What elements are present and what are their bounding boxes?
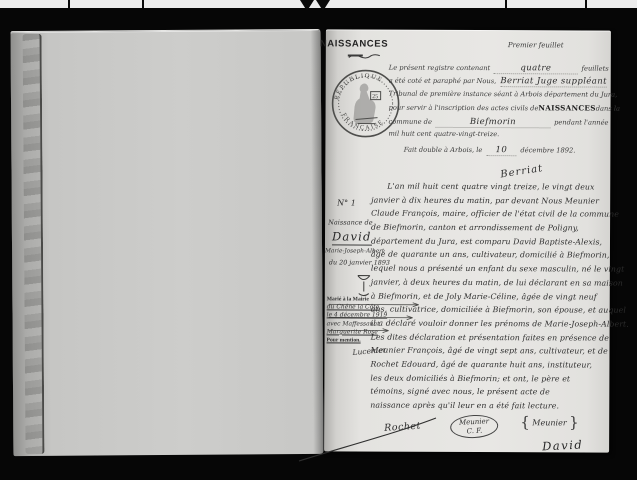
- act-line: les deux domiciliés à Biefmorin; et ont,…: [370, 371, 604, 386]
- text-segment: NAISSANCES: [538, 103, 595, 112]
- act-line: Les dites déclaration et présentation fa…: [371, 330, 605, 345]
- text-segment: Tribunal de première instance séant à Ar…: [389, 89, 618, 98]
- ruler-divider: [585, 0, 587, 8]
- gutter-shadow: [311, 30, 324, 454]
- text-segment: 10: [486, 145, 516, 156]
- binding-tape: [23, 34, 45, 454]
- act-line: Meunier François, âgé de vingt sept ans,…: [370, 344, 604, 359]
- signature-mayor-name: Meunier: [459, 417, 489, 427]
- signature-mayor-meunier: Meunier C. F.: [450, 414, 499, 439]
- act-line: janvier, à deux heures du matin, de lui …: [371, 275, 605, 290]
- act-line: ans, cultivatrice, domiciliée à Biefmori…: [371, 303, 605, 318]
- paraph-brace: {: [520, 413, 530, 431]
- text-segment: a été coté et paraphé par Nous,: [389, 77, 497, 85]
- margin-surname: David: [332, 229, 372, 245]
- ruler-divider: [68, 0, 70, 8]
- text-segment: pour servir à l'inscription des actes ci…: [389, 104, 539, 113]
- signature-mayor-initials: C. F.: [459, 426, 489, 436]
- preamble-line: Tribunal de première instance séant à Ar…: [389, 89, 609, 103]
- page-title: NAISSANCES: [320, 38, 388, 49]
- microfilm-scan: NAISSANCES Premier feuillet RÉPUBLIQUE F…: [0, 0, 637, 480]
- preamble-line: pour servir à l'inscription des actes ci…: [389, 103, 609, 117]
- signature-father-david: David: [542, 437, 584, 453]
- act-line: il a déclaré vouloir donner les prénoms …: [371, 316, 605, 331]
- stamp-denomination: 25: [372, 94, 378, 100]
- act-line: janvier à dix heures du matin, par devan…: [371, 193, 605, 208]
- text-segment: commune de: [389, 117, 432, 125]
- act-line: naissance après qu'il leur en a été fait…: [370, 399, 604, 414]
- ruler-divider: [142, 0, 144, 8]
- preamble-block: Le présent registre contenantquatrefeuil…: [388, 63, 608, 160]
- preamble-line: Fait double à Arbois, le10décembre 1892.: [404, 145, 576, 159]
- act-line: à Biefmorin, et de Joly Marie-Céline, âg…: [371, 289, 605, 304]
- act-line: âgé de quarante un ans, cultivateur, dom…: [371, 248, 605, 263]
- act-line: Claude François, maire, officier de l'ét…: [371, 207, 605, 222]
- judge-signature: Berriat: [500, 163, 544, 180]
- text-segment: Fait double à Arbois, le: [404, 146, 483, 154]
- preamble-line: Le présent registre contenantquatrefeuil…: [389, 63, 609, 77]
- text-segment: mil huit cent quatre-vingt-treize.: [388, 130, 499, 138]
- text-segment: Biefmorin: [436, 116, 550, 127]
- frame-marker-triangle-icon: [316, 0, 330, 11]
- act-body: L'an mil huit cent quatre vingt treize, …: [370, 180, 605, 414]
- ruler-divider: [505, 0, 507, 8]
- folio-label: Premier feuillet: [508, 41, 564, 49]
- preamble-line: commune deBiefmorinpendant l'année: [388, 116, 608, 130]
- signature-witness-rochet: Rochet: [384, 421, 421, 434]
- act-line: de Biefmorin, canton et arrondissement d…: [371, 221, 605, 236]
- signature-witness-meunier: { Meunier }: [520, 413, 579, 431]
- act-line: L'an mil huit cent quatre vingt treize, …: [371, 180, 605, 195]
- frame-marker-triangle-icon: [300, 0, 314, 11]
- text-segment: dans la: [596, 105, 620, 113]
- text-segment: quatre: [494, 63, 577, 74]
- text-segment: Le présent registre contenant: [389, 64, 491, 72]
- left-page-blank: [11, 30, 324, 456]
- text-segment: Berriat Juge suppléant: [500, 77, 607, 88]
- act-line: Rochet Edouard, âgé de quarante huit ans…: [370, 358, 604, 373]
- margin-label: Naissance de: [328, 218, 373, 226]
- signature-witness-name: Meunier: [532, 418, 566, 427]
- text-segment: décembre 1892.: [520, 147, 575, 155]
- text-segment: feuillets: [582, 64, 609, 72]
- right-page-register: NAISSANCES Premier feuillet RÉPUBLIQUE F…: [324, 29, 611, 452]
- text-segment: pendant l'année: [554, 118, 608, 126]
- margin-act-number: N° 1: [337, 198, 356, 207]
- act-line: témoins, signé avec nous, le présent act…: [370, 385, 604, 400]
- paraph-brace: }: [569, 413, 579, 431]
- act-line: département du Jura, est comparu David B…: [371, 234, 605, 249]
- preamble-line: mil huit cent quatre-vingt-treize.: [388, 130, 608, 144]
- act-line: lequel nous a présenté un enfant du sexe…: [371, 262, 605, 277]
- preamble-line: a été coté et paraphé par Nous,Berriat J…: [389, 76, 609, 90]
